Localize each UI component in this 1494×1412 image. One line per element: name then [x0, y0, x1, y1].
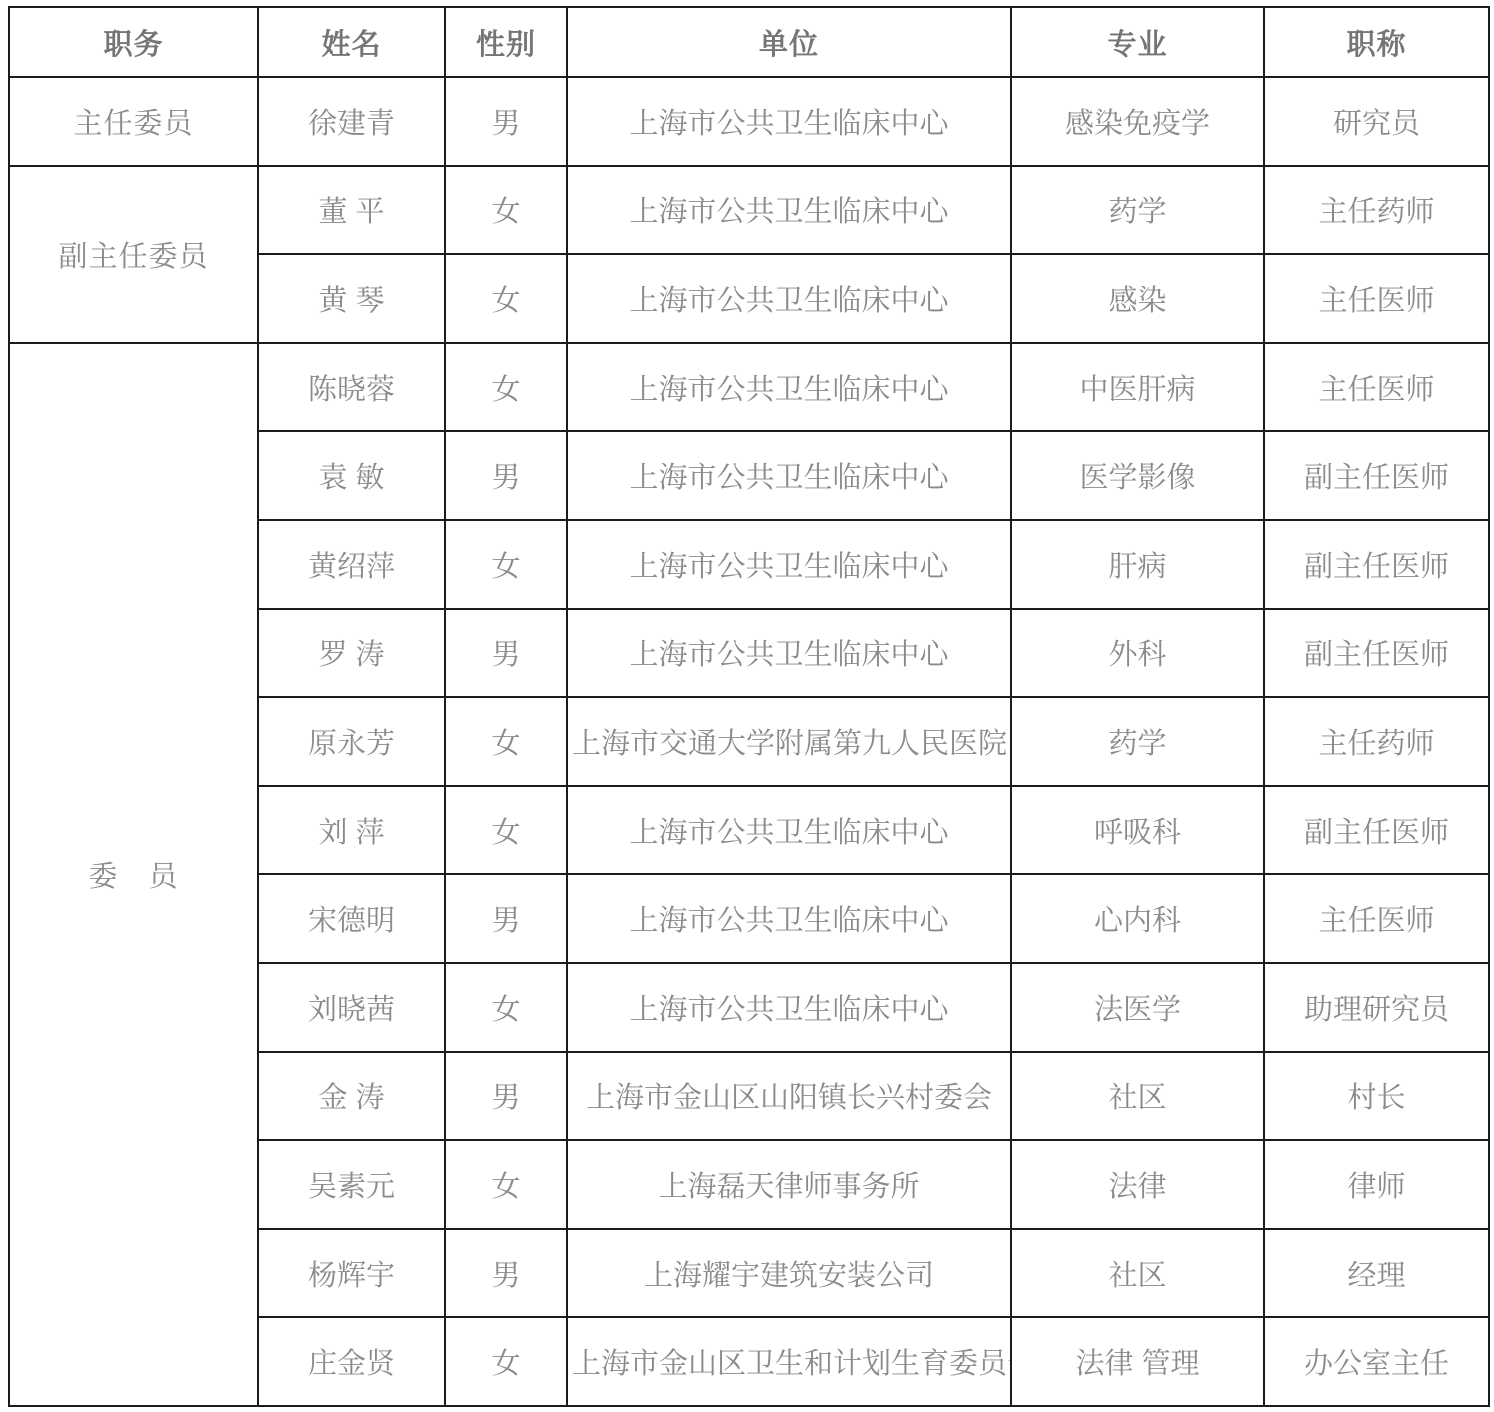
header-specialty: 专业 — [1011, 7, 1264, 77]
specialty-cell: 法医学 — [1011, 963, 1264, 1052]
unit-cell: 上海市金山区山阳镇长兴村委会 — [567, 1052, 1011, 1141]
table-row: 主任委员徐建青男上海市公共卫生临床中心感染免疫学研究员 — [9, 77, 1489, 166]
title-cell: 经理 — [1264, 1229, 1489, 1318]
unit-cell: 上海市公共卫生临床中心 — [567, 343, 1011, 432]
gender-cell: 男 — [445, 1052, 567, 1141]
name-cell: 吴素元 — [258, 1140, 445, 1229]
name-cell: 杨辉宇 — [258, 1229, 445, 1318]
name-cell: 原永芳 — [258, 697, 445, 786]
unit-cell: 上海市公共卫生临床中心 — [567, 963, 1011, 1052]
name-cell: 宋德明 — [258, 874, 445, 963]
name-cell: 金 涛 — [258, 1052, 445, 1141]
gender-cell: 男 — [445, 1229, 567, 1318]
header-unit: 单位 — [567, 7, 1011, 77]
title-cell: 副主任医师 — [1264, 609, 1489, 698]
table-header: 职务 姓名 性别 单位 专业 职称 — [9, 7, 1489, 77]
title-cell: 律师 — [1264, 1140, 1489, 1229]
title-cell: 副主任医师 — [1264, 520, 1489, 609]
specialty-cell: 社区 — [1011, 1052, 1264, 1141]
gender-cell: 男 — [445, 609, 567, 698]
unit-cell: 上海市公共卫生临床中心 — [567, 254, 1011, 343]
name-cell: 徐建青 — [258, 77, 445, 166]
header-name: 姓名 — [258, 7, 445, 77]
specialty-cell: 中医肝病 — [1011, 343, 1264, 432]
title-cell: 主任药师 — [1264, 697, 1489, 786]
gender-cell: 男 — [445, 77, 567, 166]
name-cell: 陈晓蓉 — [258, 343, 445, 432]
title-cell: 村长 — [1264, 1052, 1489, 1141]
position-cell: 委 员 — [9, 343, 258, 1406]
unit-cell: 上海市公共卫生临床中心 — [567, 166, 1011, 255]
gender-cell: 女 — [445, 166, 567, 255]
title-cell: 主任药师 — [1264, 166, 1489, 255]
specialty-cell: 肝病 — [1011, 520, 1264, 609]
title-cell: 主任医师 — [1264, 874, 1489, 963]
committee-table-body: 主任委员徐建青男上海市公共卫生临床中心感染免疫学研究员副主任委员董 平女上海市公… — [9, 77, 1489, 1406]
specialty-cell: 社区 — [1011, 1229, 1264, 1318]
gender-cell: 女 — [445, 786, 567, 875]
page: 职务 姓名 性别 单位 专业 职称 主任委员徐建青男上海市公共卫生临床中心感染免… — [0, 0, 1494, 1412]
specialty-cell: 心内科 — [1011, 874, 1264, 963]
title-cell: 副主任医师 — [1264, 786, 1489, 875]
title-cell: 研究员 — [1264, 77, 1489, 166]
specialty-cell: 药学 — [1011, 166, 1264, 255]
gender-cell: 男 — [445, 874, 567, 963]
header-title: 职称 — [1264, 7, 1489, 77]
name-cell: 黄绍萍 — [258, 520, 445, 609]
specialty-cell: 法律 — [1011, 1140, 1264, 1229]
specialty-cell: 法律 管理 — [1011, 1317, 1264, 1406]
gender-cell: 女 — [445, 343, 567, 432]
table-row: 副主任委员董 平女上海市公共卫生临床中心药学主任药师 — [9, 166, 1489, 255]
header-gender: 性别 — [445, 7, 567, 77]
unit-cell: 上海耀宇建筑安装公司 — [567, 1229, 1011, 1318]
title-cell: 主任医师 — [1264, 254, 1489, 343]
gender-cell: 女 — [445, 963, 567, 1052]
title-cell: 主任医师 — [1264, 343, 1489, 432]
title-cell: 副主任医师 — [1264, 431, 1489, 520]
specialty-cell: 感染 — [1011, 254, 1264, 343]
specialty-cell: 感染免疫学 — [1011, 77, 1264, 166]
gender-cell: 女 — [445, 254, 567, 343]
gender-cell: 男 — [445, 431, 567, 520]
title-cell: 办公室主任 — [1264, 1317, 1489, 1406]
table-row: 委 员陈晓蓉女上海市公共卫生临床中心中医肝病主任医师 — [9, 343, 1489, 432]
gender-cell: 女 — [445, 697, 567, 786]
header-row: 职务 姓名 性别 单位 专业 职称 — [9, 7, 1489, 77]
specialty-cell: 药学 — [1011, 697, 1264, 786]
name-cell: 董 平 — [258, 166, 445, 255]
unit-cell: 上海市公共卫生临床中心 — [567, 786, 1011, 875]
header-position: 职务 — [9, 7, 258, 77]
name-cell: 刘 萍 — [258, 786, 445, 875]
unit-cell: 上海市公共卫生临床中心 — [567, 874, 1011, 963]
specialty-cell: 医学影像 — [1011, 431, 1264, 520]
gender-cell: 女 — [445, 1317, 567, 1406]
unit-cell: 上海市公共卫生临床中心 — [567, 520, 1011, 609]
position-cell: 主任委员 — [9, 77, 258, 166]
specialty-cell: 呼吸科 — [1011, 786, 1264, 875]
name-cell: 罗 涛 — [258, 609, 445, 698]
unit-cell: 上海磊天律师事务所 — [567, 1140, 1011, 1229]
name-cell: 袁 敏 — [258, 431, 445, 520]
gender-cell: 女 — [445, 520, 567, 609]
position-cell: 副主任委员 — [9, 166, 258, 343]
unit-cell: 上海市交通大学附属第九人民医院 — [567, 697, 1011, 786]
name-cell: 刘晓茜 — [258, 963, 445, 1052]
unit-cell: 上海市金山区卫生和计划生育委员会 — [567, 1317, 1011, 1406]
unit-cell: 上海市公共卫生临床中心 — [567, 431, 1011, 520]
unit-cell: 上海市公共卫生临床中心 — [567, 77, 1011, 166]
title-cell: 助理研究员 — [1264, 963, 1489, 1052]
name-cell: 庄金贤 — [258, 1317, 445, 1406]
committee-table: 职务 姓名 性别 单位 专业 职称 主任委员徐建青男上海市公共卫生临床中心感染免… — [8, 6, 1490, 1407]
gender-cell: 女 — [445, 1140, 567, 1229]
name-cell: 黄 琴 — [258, 254, 445, 343]
unit-cell: 上海市公共卫生临床中心 — [567, 609, 1011, 698]
specialty-cell: 外科 — [1011, 609, 1264, 698]
